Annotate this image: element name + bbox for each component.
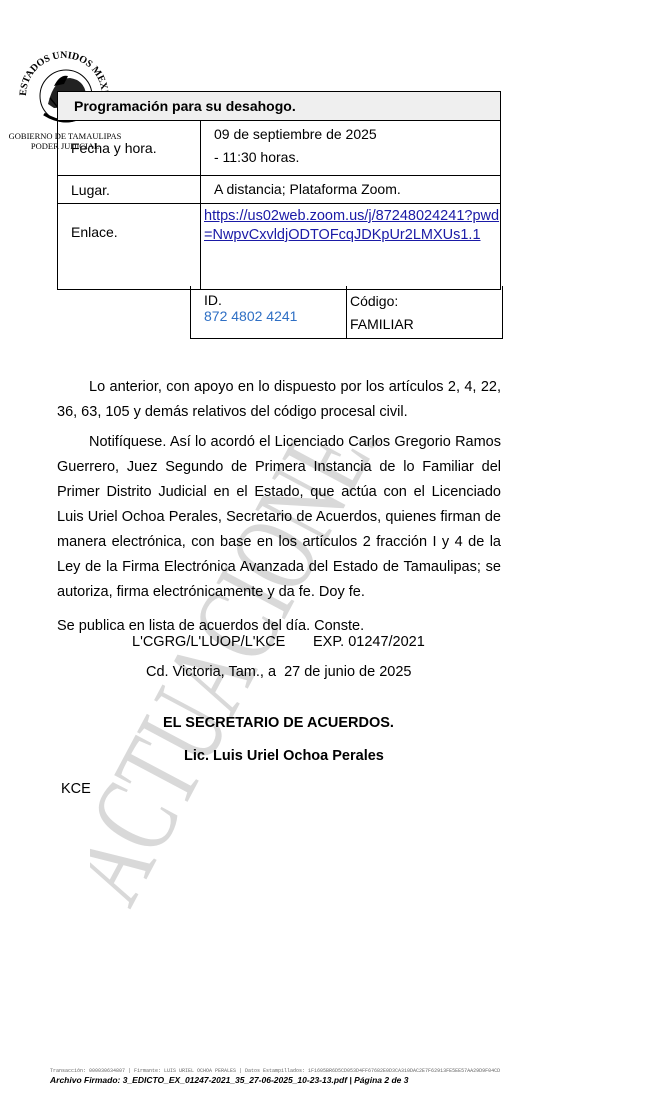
meeting-code-cell: Código: FAMILIAR xyxy=(347,286,502,338)
date-value: 09 de septiembre de 2025 xyxy=(214,123,500,146)
meeting-id-label: ID. xyxy=(204,292,346,308)
place-label: Lugar. xyxy=(58,176,201,203)
notification-paragraph: Notifíquese. Así lo acordó el Licenciado… xyxy=(57,430,501,605)
date-time-label: Fecha y hora. xyxy=(58,121,201,175)
schedule-table-title: Programación para su desahogo. xyxy=(57,91,501,121)
initials: L'CGRG/L'LUOP/L'KCE xyxy=(132,634,285,650)
row-date-time: Fecha y hora. 09 de septiembre de 2025 -… xyxy=(57,121,501,176)
legal-basis-paragraph: Lo anterior, con apoyo en lo dispuesto p… xyxy=(57,375,501,425)
schedule-table: Programación para su desahogo. Fecha y h… xyxy=(57,91,501,290)
place-value: A distancia; Plataforma Zoom. xyxy=(201,176,500,203)
link-label: Enlace. xyxy=(58,204,201,289)
expediente-number: EXP. 01247/2021 xyxy=(313,634,425,650)
signature-title: EL SECRETARIO DE ACUERDOS. xyxy=(163,715,394,731)
place-date: Cd. Victoria, Tam., a 27 de junio de 202… xyxy=(146,664,411,680)
link-cell: https://us02web.zoom.us/j/87248024241?pw… xyxy=(201,204,500,289)
notification-text: Notifíquese. Así lo acordó el Licenciado… xyxy=(57,434,501,600)
legal-basis-text: Lo anterior, con apoyo en lo dispuesto p… xyxy=(57,379,501,420)
meeting-info-table: ID. 872 4802 4241 Código: FAMILIAR xyxy=(190,286,503,339)
publication-note: Se publica en lista de acuerdos del día.… xyxy=(57,618,364,634)
row-place: Lugar. A distancia; Plataforma Zoom. xyxy=(57,176,501,204)
zoom-meeting-link[interactable]: https://us02web.zoom.us/j/87248024241?pw… xyxy=(204,208,499,243)
meeting-id-cell: ID. 872 4802 4241 xyxy=(191,286,347,338)
signature-stamp-line: Transacción: 000030634807 | Firmante: LU… xyxy=(50,1068,500,1074)
meeting-code-value: FAMILIAR xyxy=(350,313,502,336)
signature-name: Lic. Luis Uriel Ochoa Perales xyxy=(184,748,384,764)
meeting-id-value: 872 4802 4241 xyxy=(204,308,346,324)
row-link: Enlace. https://us02web.zoom.us/j/872480… xyxy=(57,204,501,290)
typist-initials: KCE xyxy=(61,781,91,797)
signed-file-line: Archivo Firmado: 3_EDICTO_EX_01247-2021_… xyxy=(50,1075,408,1085)
date-time-value: 09 de septiembre de 2025 - 11:30 horas. xyxy=(201,121,500,175)
meeting-code-label: Código: xyxy=(350,290,502,313)
time-value: - 11:30 horas. xyxy=(214,146,500,169)
